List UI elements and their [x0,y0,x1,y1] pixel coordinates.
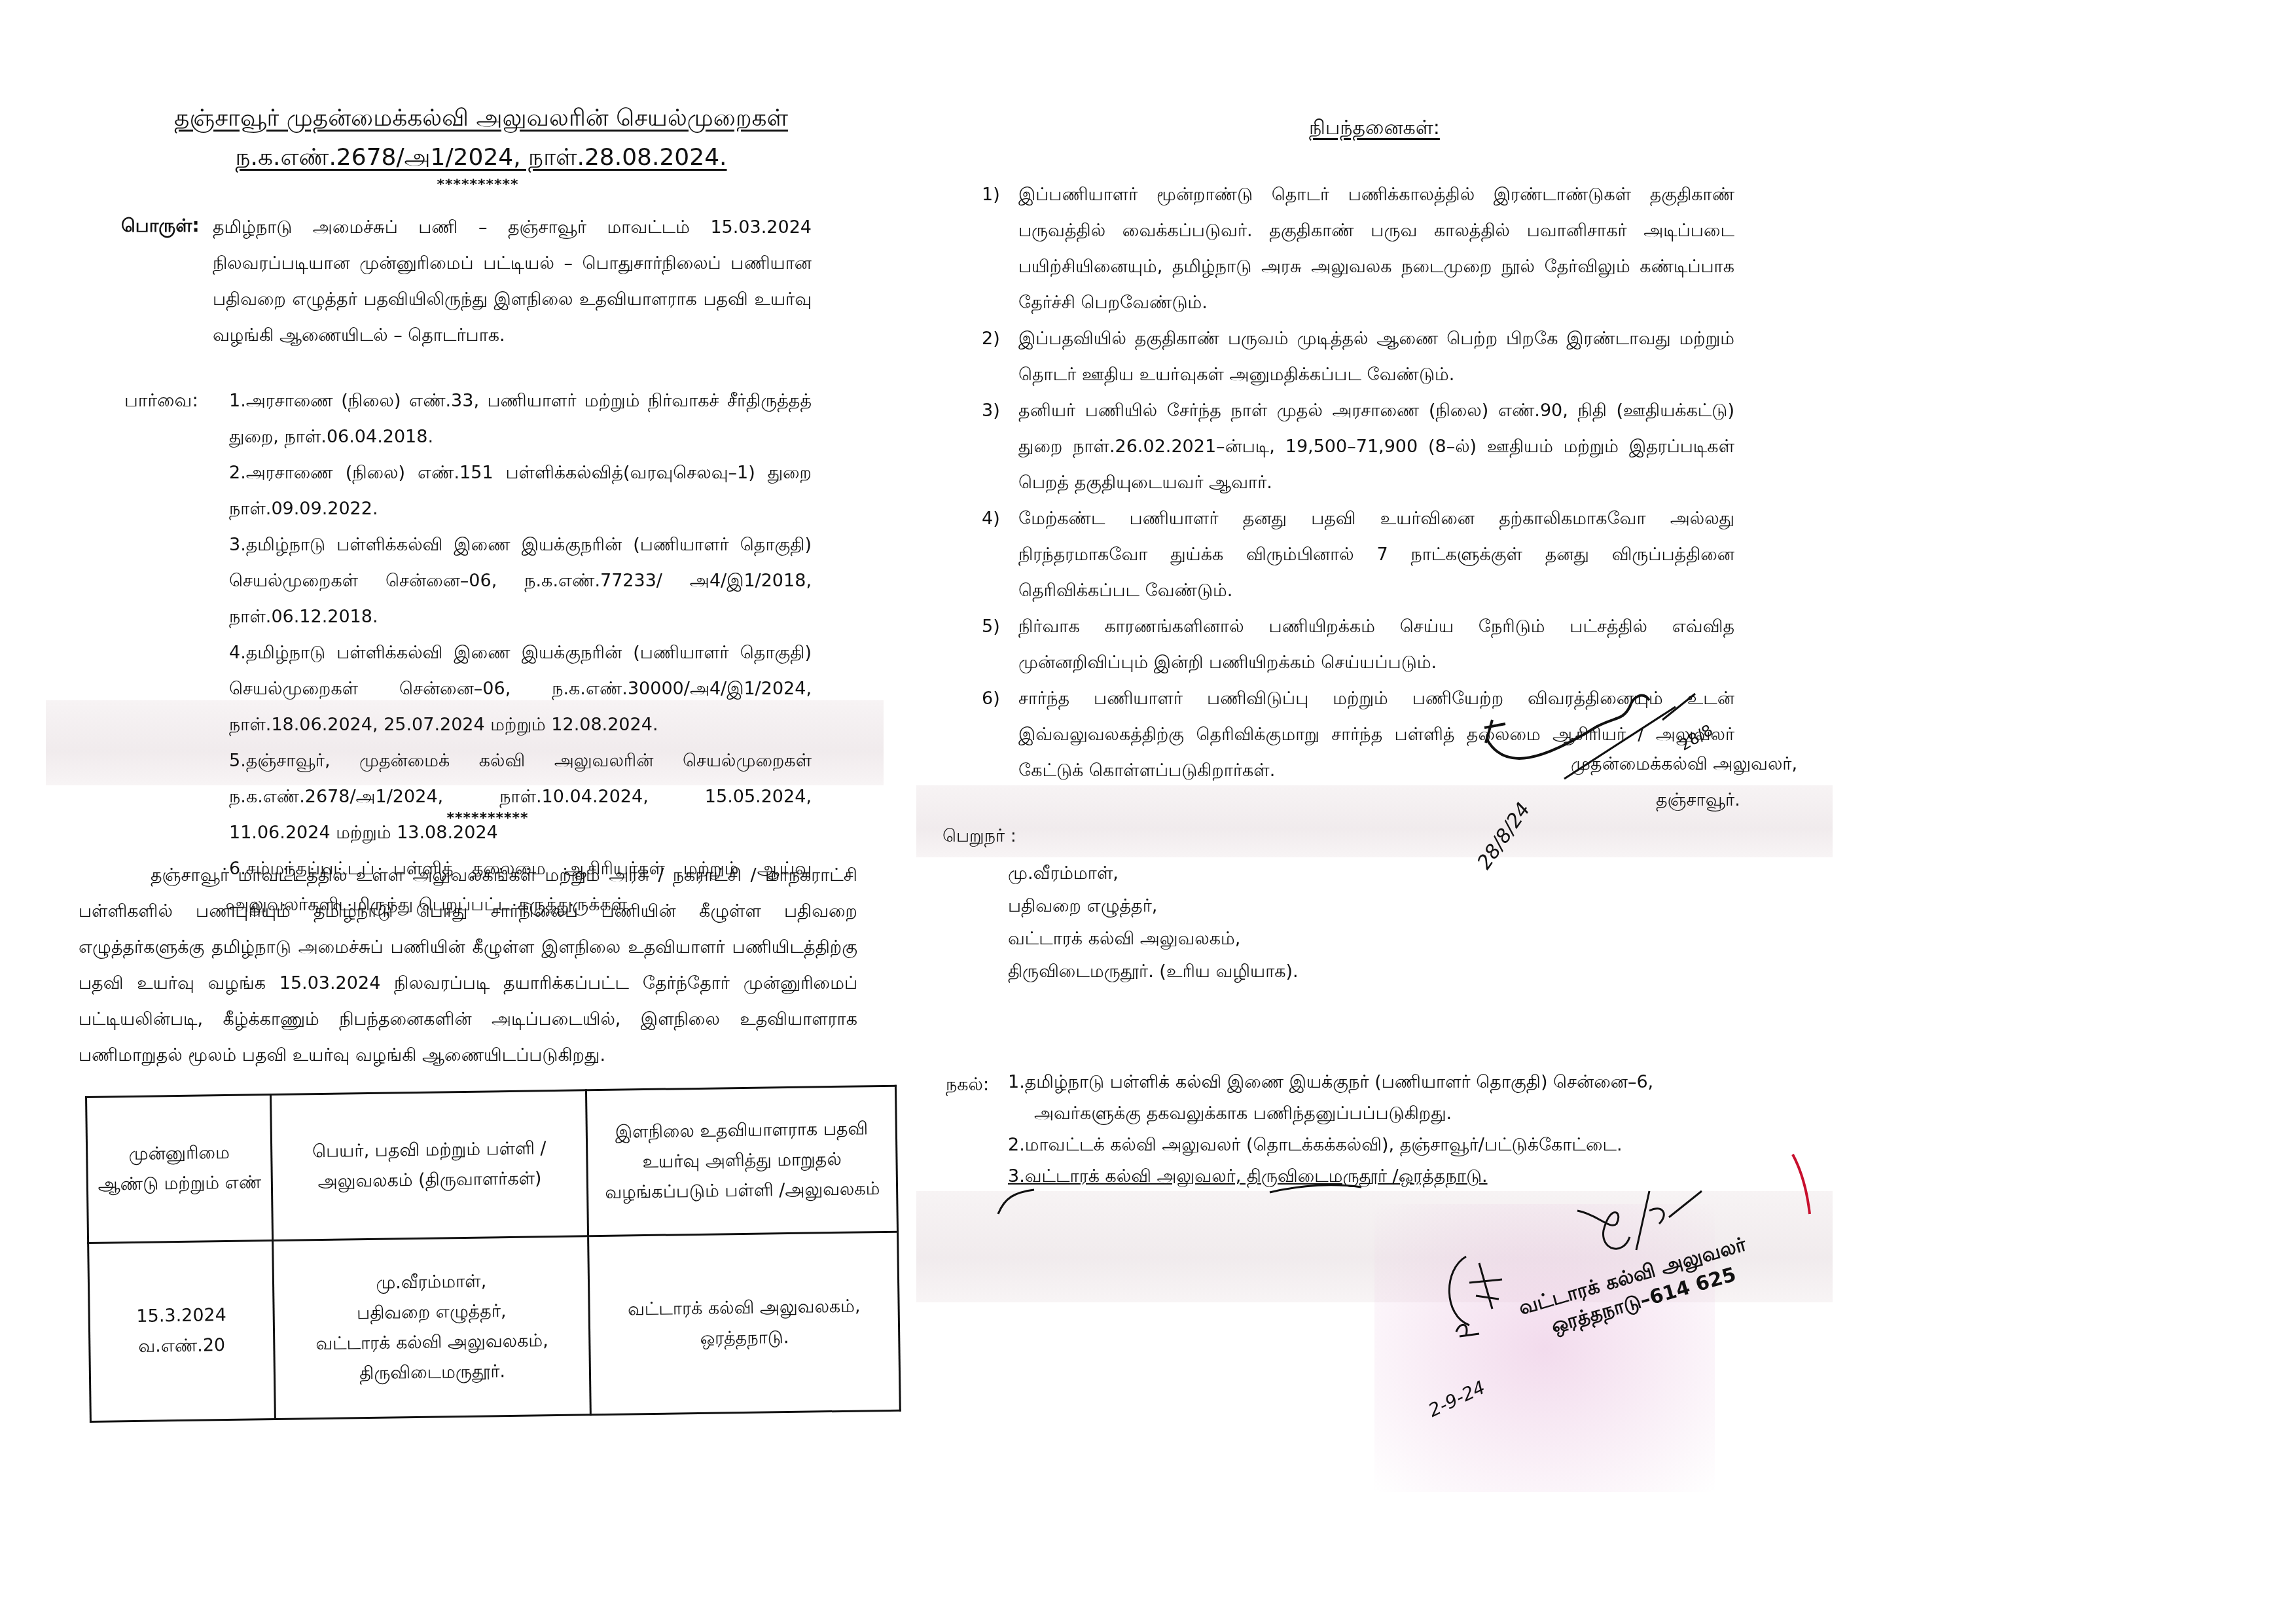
left-page: தஞ்சாவூர் முதன்மைக்கல்வி அலுவலரின் செயல்… [52,79,923,1427]
employee-place: திருவிடைமருதூர். [285,1355,581,1389]
table-header: முன்னுரிமை ஆண்டு மற்றும் எண் [86,1095,273,1243]
reference-item: 3.தமிழ்நாடு பள்ளிக்கல்வி இணை இயக்குநரின்… [229,527,812,635]
employee-name: மு.வீரம்மாள், [283,1265,579,1299]
priority-date: 15.3.2024 [99,1300,264,1332]
table-header: பெயர், பதவி மற்றும் பள்ளி / அலுவலகம் (தி… [270,1090,588,1241]
reference-item: 2.அரசாணை (நிலை) எண்.151 பள்ளிக்கல்வித்(வ… [229,455,812,527]
signatory-place: தஞ்சாவூர். [1656,782,1740,818]
order-body-paragraph: தஞ்சாவூர் மாவட்டத்தில் உள்ள அலுவலகங்கள் … [79,857,857,1073]
table-header: இளநிலை உதவியாளராக பதவி உயர்வு அளித்து மா… [586,1086,898,1236]
reference-item: 1.அரசாணை (நிலை) எண்.33, பணியாளர் மற்றும்… [229,383,812,455]
recipient-line: பதிவறை எழுத்தர், [1008,890,1299,923]
condition-number: 6) [982,681,1018,789]
subject-text: தமிழ்நாடு அமைச்சுப் பணி – தஞ்சாவூர் மாவட… [213,209,812,353]
condition-number: 4) [982,501,1018,609]
recipient-line: வட்டாரக் கல்வி அலுவலகம், [1008,923,1299,955]
priority-cell: 15.3.2024 வ.எண்.20 [88,1241,276,1422]
promotion-table: முன்னுரிமை ஆண்டு மற்றும் எண் பெயர், பதவி… [85,1085,901,1423]
reference-list: 1.அரசாணை (நிலை) எண்.33, பணியாளர் மற்றும்… [229,383,812,923]
condition-number: 5) [982,609,1018,681]
recipient-line: மு.வீரம்மாள், [1008,857,1299,890]
copy-line: 1.தமிழ்நாடு பள்ளிக் கல்வி இணை இயக்குநர் … [1008,1067,1653,1098]
condition-text: மேற்கண்ட பணியாளர் தனது பதவி உயர்வினை தற்… [1018,501,1734,609]
copy-line: அவர்களுக்கு தகவலுக்காக பணிந்தனுப்பப்படுக… [1008,1098,1653,1130]
condition-number: 2) [982,321,1018,393]
condition-number: 3) [982,393,1018,501]
separator: ********** [419,177,537,193]
subject-label: பொருள்: [121,215,200,239]
employee-office: வட்டாரக் கல்வி அலுவலகம், [284,1325,580,1359]
condition-text: தனியர் பணியில் சேர்ந்த நாள் முதல் அரசாணை… [1018,393,1734,501]
condition-item: 5)நிர்வாக காரணங்களினால் பணியிறக்கம் செய்… [982,609,1734,681]
new-office: வட்டாரக் கல்வி அலுவலகம், [600,1291,889,1325]
table-row: 15.3.2024 வ.எண்.20 மு.வீரம்மாள், பதிவறை … [88,1232,901,1421]
signatory-title: முதன்மைக்கல்வி அலுவலர், [1571,746,1797,782]
reference-label: பார்வை: [124,389,198,414]
recipient-line: திருவிடைமருதூர். (உரிய வழியாக). [1008,955,1299,988]
recipient-label: பெறுநர் : [942,818,1016,854]
conditions-heading: நிபந்தனைகள்: [916,116,1833,142]
page-title: தஞ்சாவூர் முதன்மைக்கல்வி அலுவலரின் செயல்… [79,105,884,135]
recipient-address: மு.வீரம்மாள், பதிவறை எழுத்தர், வட்டாரக் … [1008,857,1299,988]
right-page: நிபந்தனைகள்: 1)இப்பணியாளர் மூன்றாண்டு தொ… [916,79,1833,1440]
employee-post: பதிவறை எழுத்தர், [283,1295,579,1329]
priority-serial: வ.எண்.20 [99,1330,264,1362]
copy-label: நகல்: [946,1067,989,1103]
condition-item: 1)இப்பணியாளர் மூன்றாண்டு தொடர் பணிக்காலத… [982,177,1734,321]
table-header-row: முன்னுரிமை ஆண்டு மற்றும் எண் பெயர், பதவி… [86,1086,898,1243]
initial-seal-icon [1440,1243,1518,1342]
copy-line: 2.மாவட்டக் கல்வி அலுவலர் (தொடக்கக்கல்வி)… [1008,1130,1653,1161]
reference-number-date: ந.க.எண்.2678/அ1/2024, நாள்.28.08.2024. [79,144,884,174]
separator: ********** [439,810,537,827]
red-ink-mark-icon [1790,1152,1816,1217]
new-office-cell: வட்டாரக் கல்வி அலுவலகம், ஒரத்தநாடு. [588,1232,900,1415]
handwritten-underline-icon [995,1178,1401,1217]
condition-item: 3)தனியர் பணியில் சேர்ந்த நாள் முதல் அரசா… [982,393,1734,501]
reference-item: 5.தஞ்சாவூர், முதன்மைக் கல்வி அலுவலரின் ச… [229,743,812,851]
condition-text: நிர்வாக காரணங்களினால் பணியிறக்கம் செய்ய … [1018,609,1734,681]
name-post-cell: மு.வீரம்மாள், பதிவறை எழுத்தர், வட்டாரக் … [273,1236,591,1419]
copy-list: 1.தமிழ்நாடு பள்ளிக் கல்வி இணை இயக்குநர் … [1008,1067,1653,1192]
reference-item: 4.தமிழ்நாடு பள்ளிக்கல்வி இணை இயக்குநரின்… [229,635,812,743]
condition-text: இப்பதவியில் தகுதிகாண் பருவம் முடித்தல் ஆ… [1018,321,1734,393]
condition-item: 2)இப்பதவியில் தகுதிகாண் பருவம் முடித்தல்… [982,321,1734,393]
condition-number: 1) [982,177,1018,321]
new-office-place: ஒரத்தநாடு. [600,1321,889,1355]
condition-item: 4)மேற்கண்ட பணியாளர் தனது பதவி உயர்வினை த… [982,501,1734,609]
condition-text: இப்பணியாளர் மூன்றாண்டு தொடர் பணிக்காலத்த… [1018,177,1734,321]
